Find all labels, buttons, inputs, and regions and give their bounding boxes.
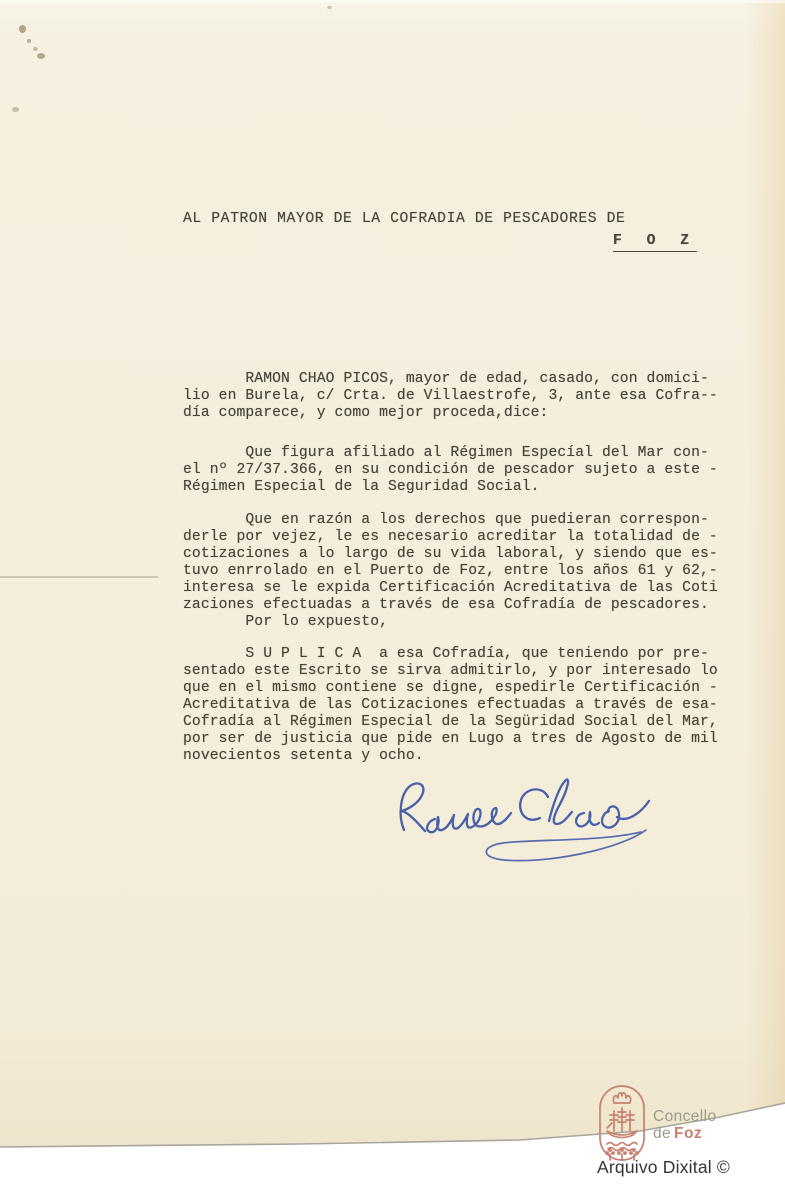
scanned-document-page: AL PATRON MAYOR DE LA COFRADIA DE PESCAD… (0, 0, 785, 1200)
arquivo-dixital-watermark: Arquivo Dixital © (597, 1157, 730, 1178)
paragraph-suplica: S U P L I C A a esa Cofradía, que tenien… (183, 646, 718, 765)
paragraph-identification: RAMON CHAO PICOS, mayor de edad, casado,… (183, 371, 718, 422)
staple-mark (19, 25, 26, 33)
staple-mark (37, 53, 45, 59)
brand-foz: Foz (674, 1125, 702, 1142)
handwritten-signature-ramon-chao (388, 770, 660, 870)
brand-de: de (653, 1125, 671, 1142)
paper-speck (12, 107, 19, 112)
staple-mark (33, 47, 38, 51)
fold-crease (0, 576, 158, 578)
paper-speck (327, 6, 332, 9)
document-addressee: AL PATRON MAYOR DE LA COFRADIA DE PESCAD… (183, 211, 625, 228)
brand-concello: Concello (653, 1108, 717, 1125)
paragraph-motivation: Que en razón a los derechos que puediera… (183, 512, 718, 614)
paragraph-affiliation: Que figura afiliado al Régimen Especíal … (183, 445, 718, 496)
scan-top-edge (0, 0, 785, 3)
staple-mark (27, 39, 31, 43)
brand-de-foz: deFoz (653, 1125, 717, 1142)
concello-de-foz-wordmark: Concello deFoz (653, 1108, 717, 1142)
paragraph-por-lo-expuesto: Por lo expuesto, (183, 614, 388, 631)
concello-de-foz-emblem-icon (597, 1083, 647, 1163)
document-addressee-place: F O Z (613, 233, 697, 252)
